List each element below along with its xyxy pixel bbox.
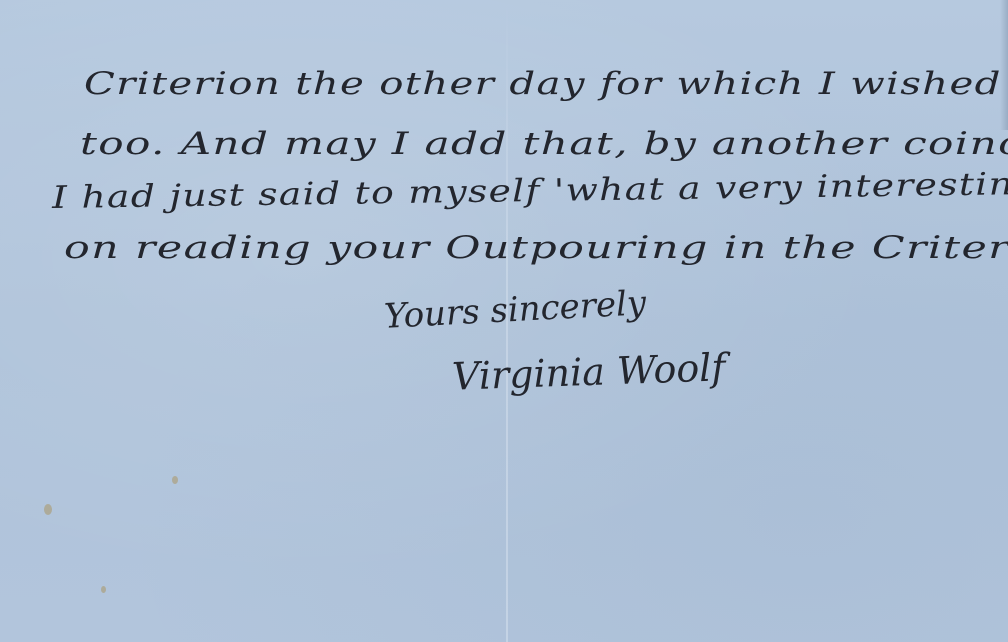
letter-line-2: too. And may I add that, by another coin… (80, 126, 1008, 162)
paper-stain (44, 504, 52, 515)
paper-stain (172, 476, 178, 484)
letter-signature: Virginia Woolf (451, 345, 726, 399)
paper-stain (101, 586, 106, 593)
letter-line-3: I had just said to myself 'what a very i… (52, 164, 1008, 216)
letter-closing: Yours sincerely (383, 283, 647, 337)
letter-line-4: on reading your Outpouring in the Criter… (64, 230, 1008, 266)
paper-edge-shadow (1000, 0, 1008, 130)
letter-page: Criterion the other day for which I wish… (0, 0, 1008, 642)
letter-line-1: Criterion the other day for which I wish… (84, 66, 1008, 102)
